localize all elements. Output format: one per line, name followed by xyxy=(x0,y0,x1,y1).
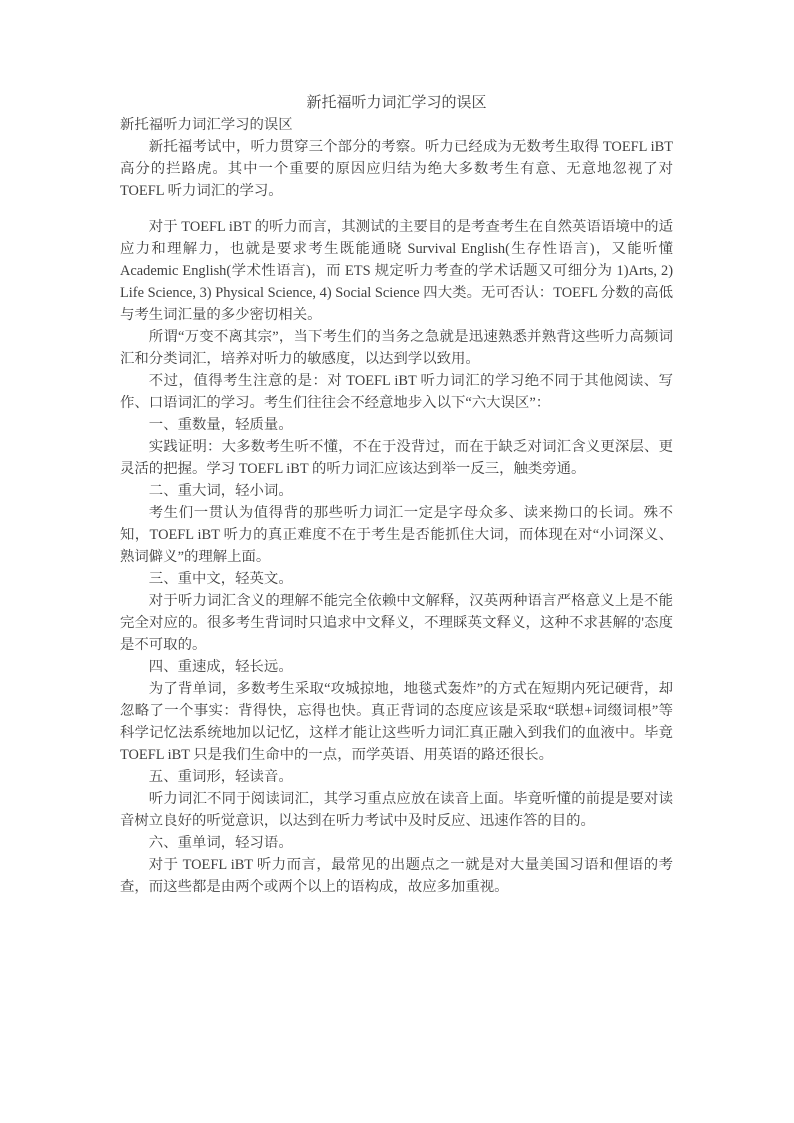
empty-line xyxy=(120,202,673,216)
paragraph: 对于 TOEFL iBT 听力而言，最常见的出题点之一就是对大量美国习语和俚语的… xyxy=(120,854,673,898)
paragraph: 对于听力词汇含义的理解不能完全依赖中文解释，汉英两种语言严格意义上是不能完全对应… xyxy=(120,590,673,656)
section-heading: 六、重单词，轻习语。 xyxy=(120,832,673,854)
section-heading: 三、重中文，轻英文。 xyxy=(120,568,673,590)
paragraph: 考生们一贯认为值得背的那些听力词汇一定是字母众多、读来拗口的长词。殊不知，TOE… xyxy=(120,502,673,568)
paragraph: 为了背单词，多数考生采取“攻城掠地，地毯式轰炸”的方式在短期内死记硬背，却忽略了… xyxy=(120,678,673,766)
paragraph: 听力词汇不同于阅读词汇，其学习重点应放在读音上面。毕竟听懂的前提是要对读音树立良… xyxy=(120,788,673,832)
paragraph: 不过，值得考生注意的是：对 TOEFL iBT 听力词汇的学习绝不同于其他阅读、… xyxy=(120,370,673,414)
doc-subtitle: 新托福听力词汇学习的误区 xyxy=(120,114,673,136)
paragraph: 所谓“万变不离其宗”，当下考生们的当务之急就是迅速熟悉并熟背这些听力高频词汇和分… xyxy=(120,326,673,370)
paragraph: 实践证明：大多数考生听不懂，不在于没背过，而在于缺乏对词汇含义更深层、更灵活的把… xyxy=(120,436,673,480)
section-heading: 四、重速成，轻长远。 xyxy=(120,656,673,678)
paragraph: 新托福考试中，听力贯穿三个部分的考察。听力已经成为无数考生取得 TOEFL iB… xyxy=(120,136,673,202)
paragraph: 对于 TOEFL iBT 的听力而言，其测试的主要目的是考查考生在自然英语语境中… xyxy=(120,216,673,326)
section-heading: 一、重数量，轻质量。 xyxy=(120,414,673,436)
section-heading: 二、重大词，轻小词。 xyxy=(120,480,673,502)
doc-title: 新托福听力词汇学习的误区 xyxy=(120,92,673,114)
document-content: 新托福听力词汇学习的误区新托福听力词汇学习的误区新托福考试中，听力贯穿三个部分的… xyxy=(120,92,673,898)
section-heading: 五、重词形，轻读音。 xyxy=(120,766,673,788)
document-page: 新托福听力词汇学习的误区新托福听力词汇学习的误区新托福考试中，听力贯穿三个部分的… xyxy=(0,0,794,1123)
